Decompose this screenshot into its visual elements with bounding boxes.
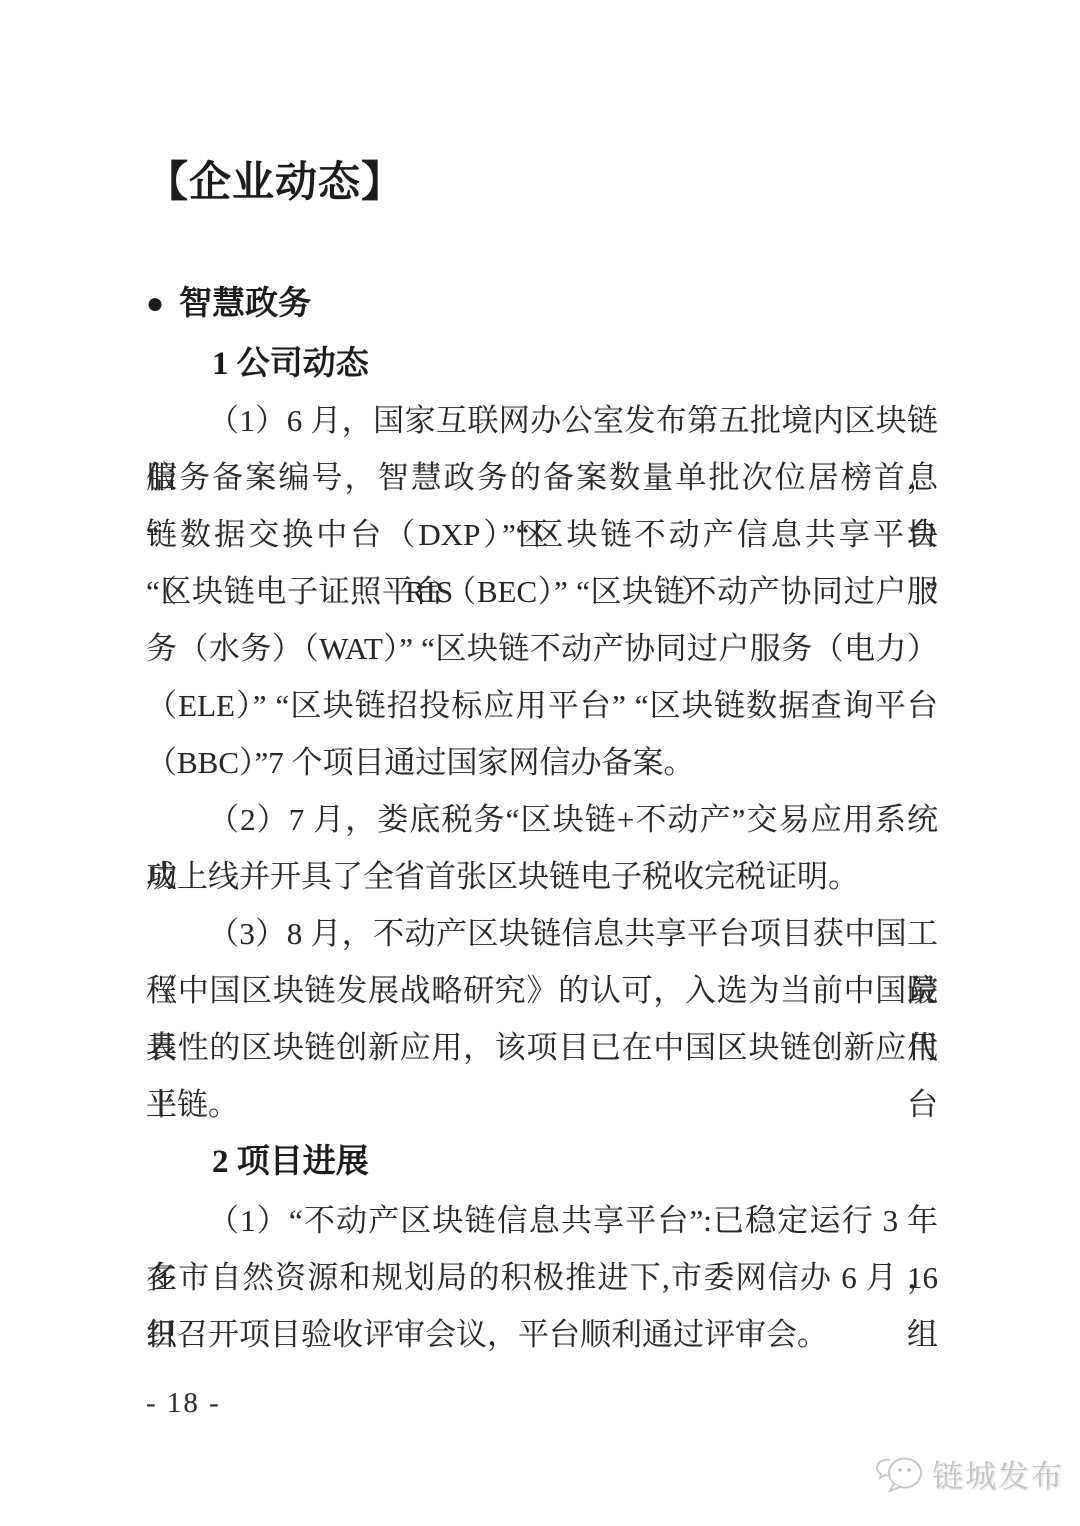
text-line: 务（水务）（WAT）” “区块链不动产协同过户服务（电力） <box>146 620 938 677</box>
text-line: （ELE）” “区块链招投标应用平台” “区块链数据查询平台 <box>146 677 938 734</box>
subsection-heading-1: 1 公司动态 <box>146 336 938 393</box>
text-line: 织召开项目验收评审会议，平台顺利通过评审会。 <box>146 1306 938 1363</box>
document-page: 【企业动态】 ● 智慧政务 1 公司动态 （1）6 月，国家互联网办公室发布第五… <box>0 0 1080 1526</box>
section-title: 【企业动态】 <box>146 155 404 212</box>
topic-title: 智慧政务 <box>179 276 311 333</box>
text-line: 上链。 <box>146 1076 938 1133</box>
watermark: 链城发布 <box>874 1450 1064 1496</box>
page-number: - 18 - <box>146 1386 221 1420</box>
topic-heading: ● 智慧政务 <box>146 276 311 333</box>
watermark-brand: 链城发布 <box>932 1451 1064 1496</box>
wechat-chat-bubbles-icon <box>874 1450 926 1496</box>
text-line: “区块链电子证照平台（BEC）” “区块链不动产协同过户服 <box>146 563 938 620</box>
bullet-icon: ● <box>146 275 164 332</box>
document-content: 【企业动态】 ● 智慧政务 1 公司动态 （1）6 月，国家互联网办公室发布第五… <box>146 0 938 1526</box>
text-line: （BBC）”7 个项目通过国家网信办备案。 <box>146 734 938 791</box>
subsection-heading-2: 2 项目进展 <box>146 1134 938 1191</box>
text-line: 功上线并开具了全省首张区块链电子税收完税证明。 <box>146 848 938 905</box>
